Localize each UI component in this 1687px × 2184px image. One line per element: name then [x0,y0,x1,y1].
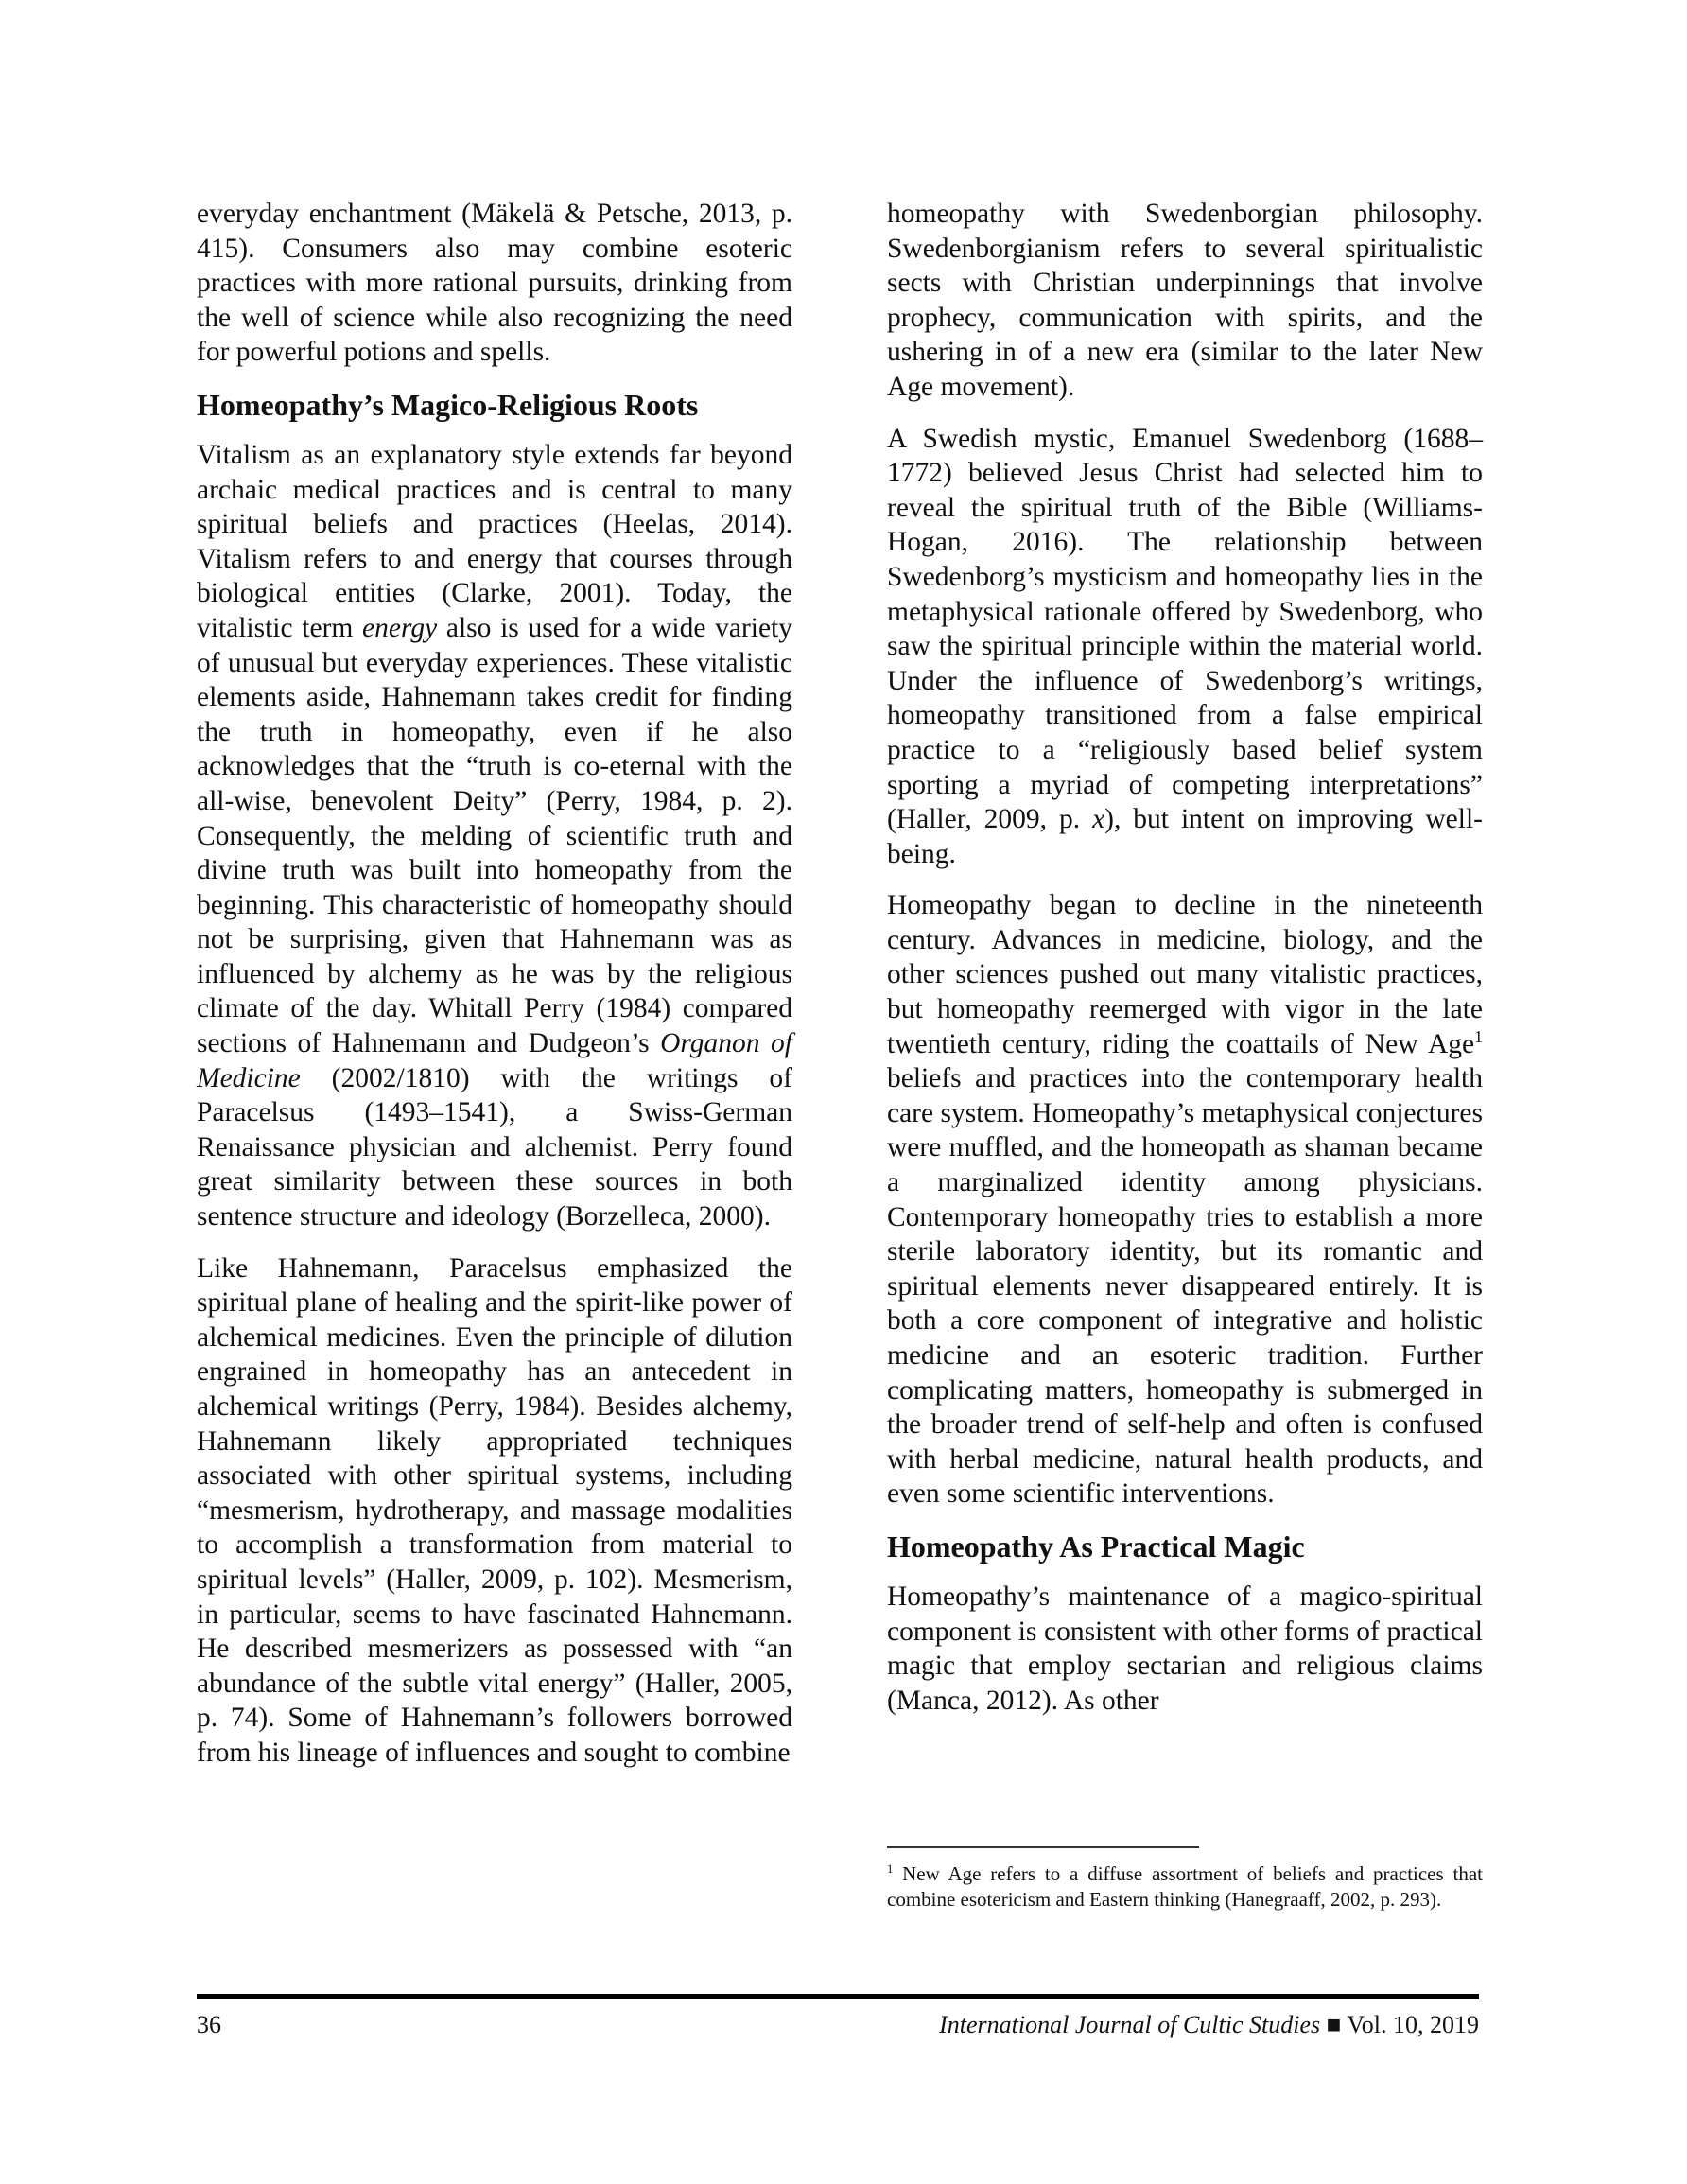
left-column: everyday enchantment (Mäkelä & Petsche, … [197,197,792,1788]
footnote-ref[interactable]: 1 [1474,1027,1483,1046]
paragraph: A Swedish mystic, Emanuel Swedenborg (16… [887,422,1483,872]
paragraph: Homeopathy’s maintenance of a magico-spi… [887,1580,1483,1718]
paragraph: Vitalism as an explanatory style extends… [197,438,792,1234]
section-heading: Homeopathy As Practical Magic [887,1529,1483,1564]
footnote: 1 New Age refers to a diffuse assortment… [887,1861,1483,1913]
paragraph: everyday enchantment (Mäkelä & Petsche, … [197,197,792,370]
journal-footer: International Journal of Cultic Studies … [939,2011,1479,2039]
footnote-divider [887,1846,1199,1848]
volume-info: Vol. 10, 2019 [1347,2011,1479,2038]
paragraph: Homeopathy began to decline in the ninet… [887,888,1483,1511]
emphasis: energy [362,613,437,643]
paragraph: Like Hahnemann, Paracelsus emphasized th… [197,1251,792,1771]
journal-name: International Journal of Cultic Studies [939,2011,1320,2038]
footer-divider [197,1994,1479,1999]
emphasis: x [1092,804,1104,834]
right-column: homeopathy with Swedenborgian philosophy… [887,197,1483,1735]
paragraph: homeopathy with Swedenborgian philosophy… [887,197,1483,405]
section-heading: Homeopathy’s Magico-Religious Roots [197,387,792,423]
separator-icon: ■ [1320,2011,1347,2038]
page-number: 36 [197,2011,221,2039]
